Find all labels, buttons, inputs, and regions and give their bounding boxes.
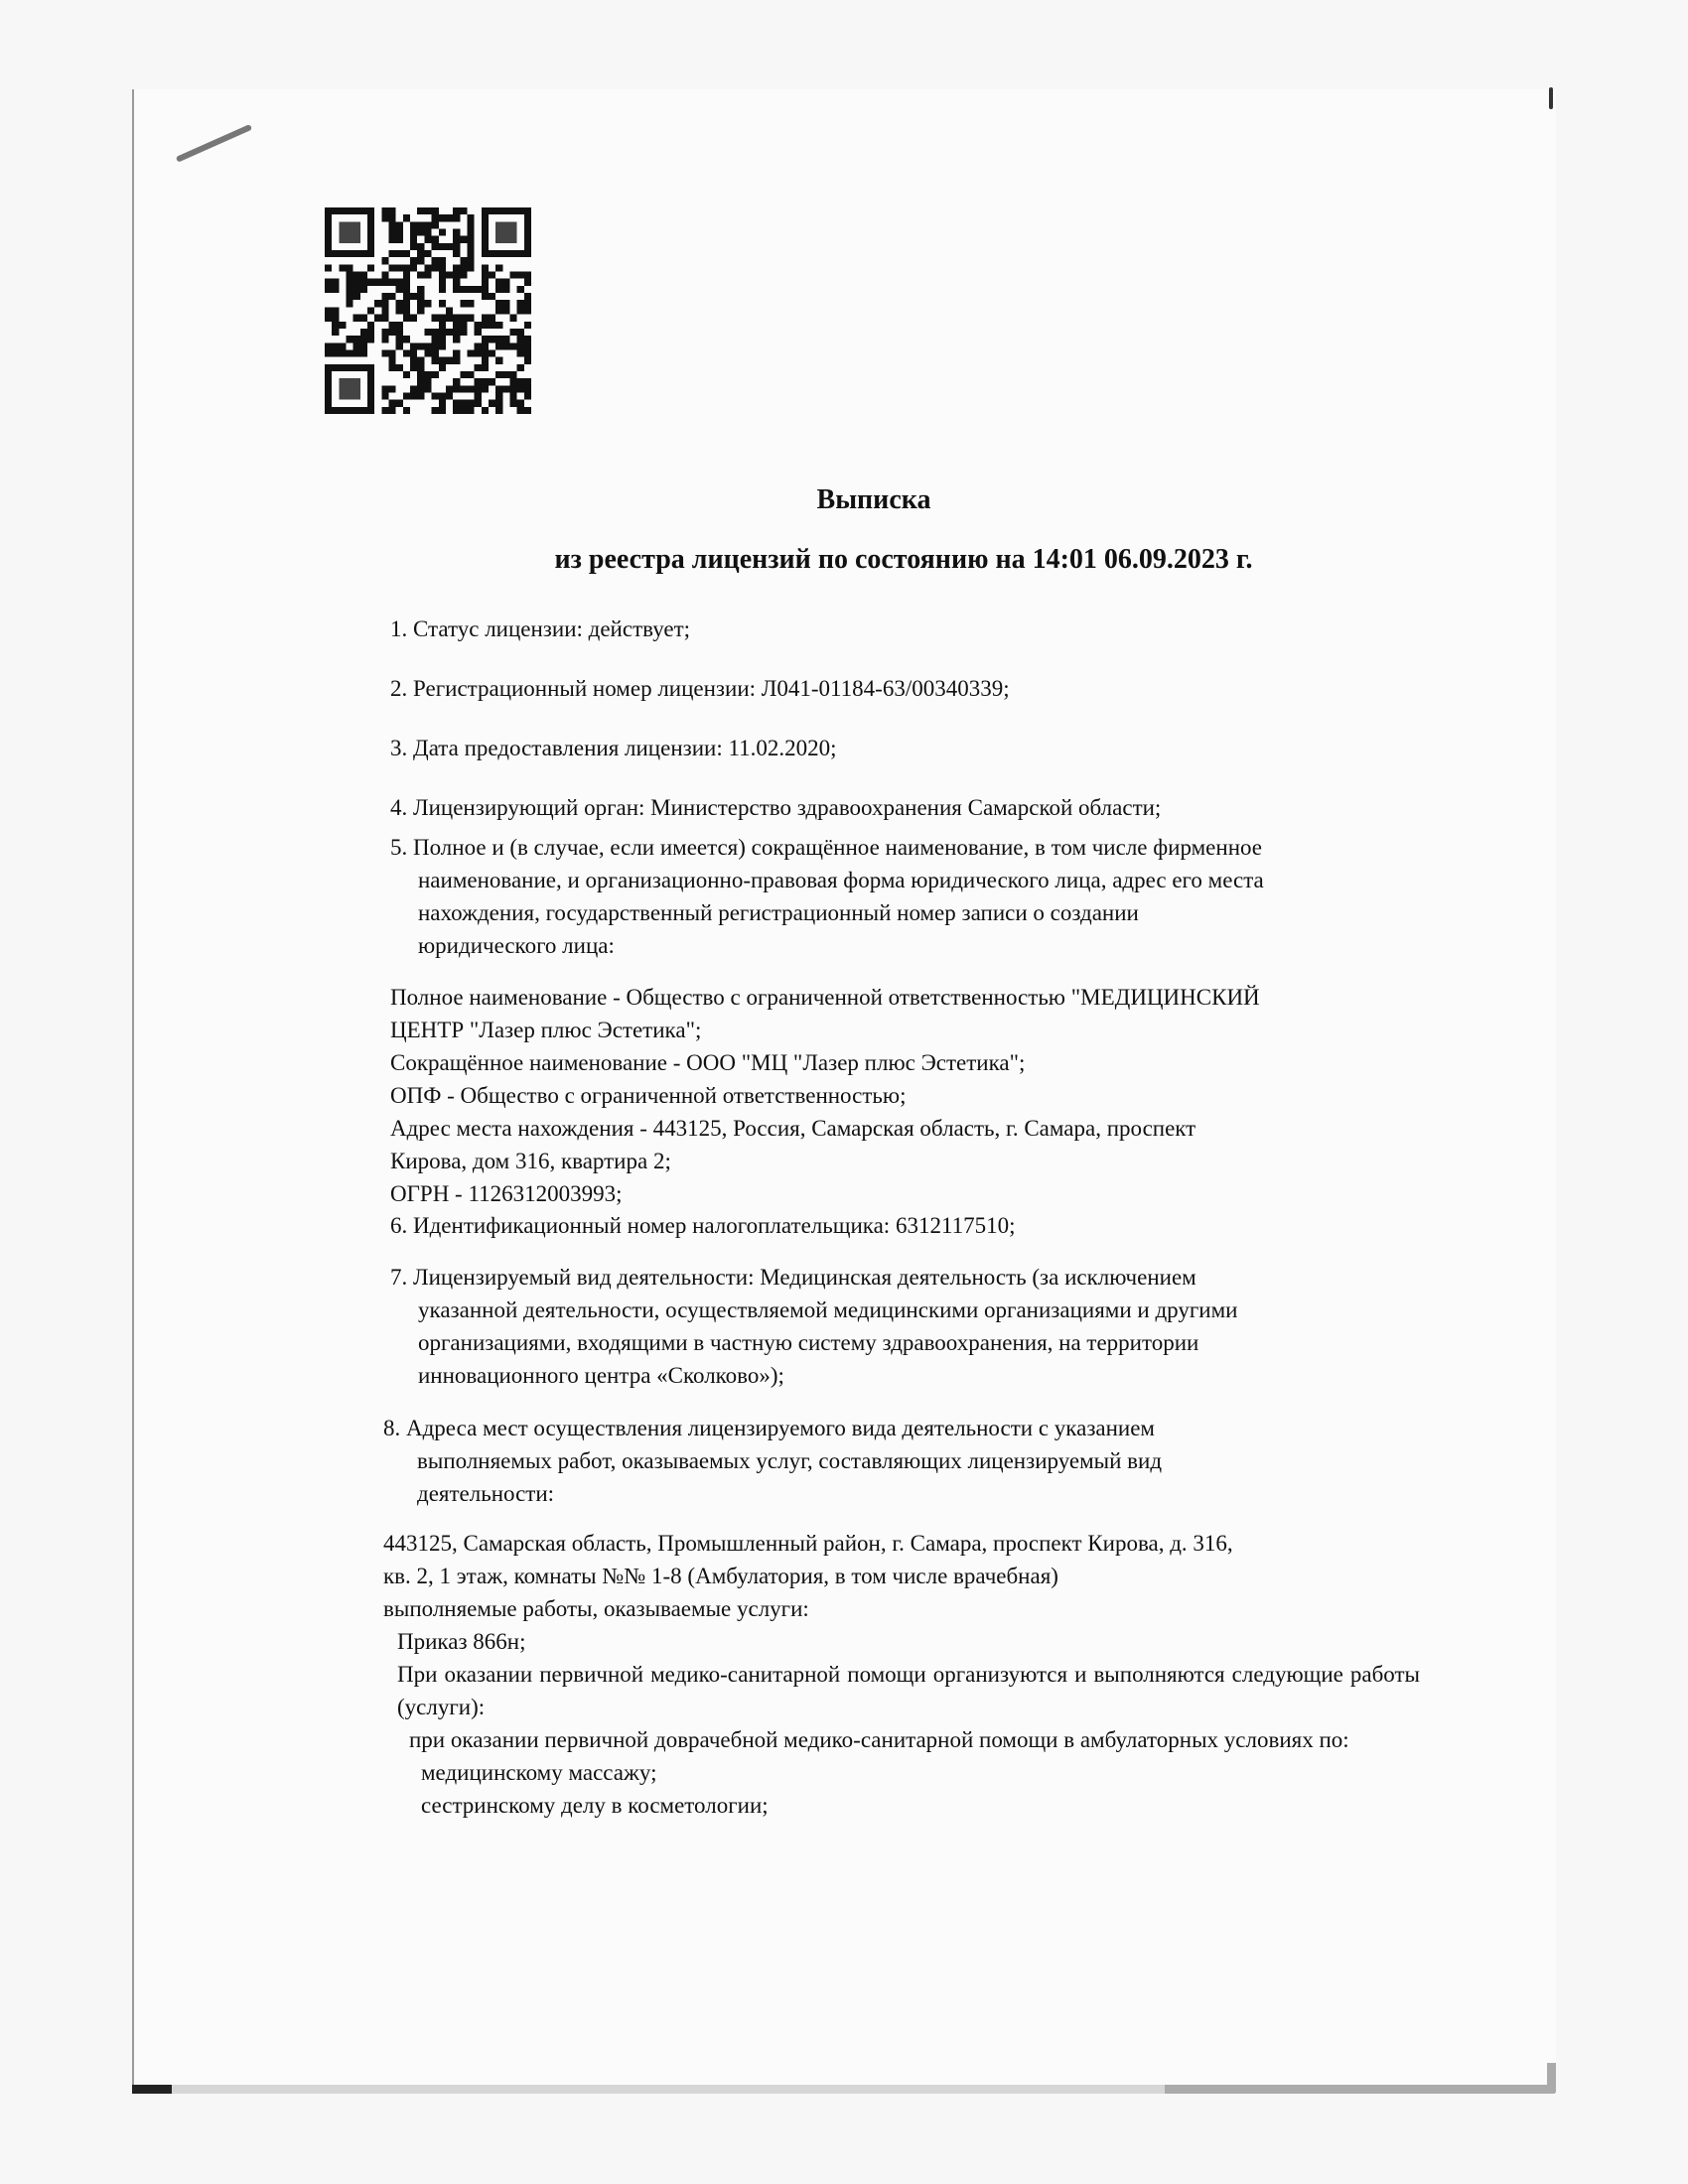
staple-mark bbox=[1549, 87, 1553, 109]
document-subtitle: из реестра лицензий по состоянию на 14:0… bbox=[60, 544, 1688, 576]
legal-form: ОПФ - Общество с ограниченной ответствен… bbox=[390, 1079, 1260, 1112]
legal-entity-details: Полное наименование - Общество с огранич… bbox=[390, 981, 1260, 1210]
primary-care-text: При оказании первичной медико-санитарной… bbox=[383, 1658, 1420, 1723]
full-name-line-1: Полное наименование - Общество с огранич… bbox=[390, 981, 1260, 1014]
item-tax-id: 6. Идентификационный номер налогоплатель… bbox=[390, 1209, 1015, 1242]
address-line-1: Адрес места нахождения - 443125, Россия,… bbox=[390, 1112, 1260, 1145]
document-title: Выписка bbox=[30, 484, 1688, 516]
item-status: 1. Статус лицензии: действует; bbox=[390, 613, 690, 645]
item-registration-number: 2. Регистрационный номер лицензии: Л041-… bbox=[390, 672, 1010, 705]
order-ref: Приказ 866н; bbox=[383, 1625, 1420, 1658]
item-activity-type: 7. Лицензируемый вид деятельности: Медиц… bbox=[390, 1261, 1237, 1392]
activity-address-line-1: 443125, Самарская область, Промышленный … bbox=[383, 1527, 1420, 1560]
works-label: выполняемые работы, оказываемые услуги: bbox=[383, 1592, 1420, 1625]
address-line-2: Кирова, дом 316, квартира 2; bbox=[390, 1145, 1260, 1177]
full-name-line-2: ЦЕНТР "Лазер плюс Эстетика"; bbox=[390, 1014, 1260, 1046]
service-item: медицинскому массажу; bbox=[383, 1756, 1420, 1789]
qr-code-icon bbox=[325, 207, 531, 414]
ogrn: ОГРН - 1126312003993; bbox=[390, 1177, 1260, 1210]
activity-address-block: 443125, Самарская область, Промышленный … bbox=[383, 1527, 1420, 1822]
service-item: сестринскому делу в косметологии; bbox=[383, 1789, 1420, 1822]
page-bottom-edge bbox=[132, 2085, 1555, 2094]
item-activity-addresses: 8. Адреса мест осуществления лицензируем… bbox=[383, 1412, 1162, 1510]
short-name: Сокращённое наименование - ООО "МЦ "Лазе… bbox=[390, 1046, 1260, 1079]
item-entity-name-header: 5. Полное и (в случае, если имеется) сок… bbox=[390, 831, 1264, 962]
activity-address-line-2: кв. 2, 1 этаж, комнаты №№ 1-8 (Амбулатор… bbox=[383, 1560, 1420, 1592]
item-issue-date: 3. Дата предоставления лицензии: 11.02.2… bbox=[390, 732, 837, 764]
page-corner-edge bbox=[1547, 2063, 1556, 2093]
prehospital-care-text: при оказании первичной доврачебной медик… bbox=[383, 1723, 1420, 1756]
item-licensing-authority: 4. Лицензирующий орган: Министерство здр… bbox=[390, 791, 1161, 824]
